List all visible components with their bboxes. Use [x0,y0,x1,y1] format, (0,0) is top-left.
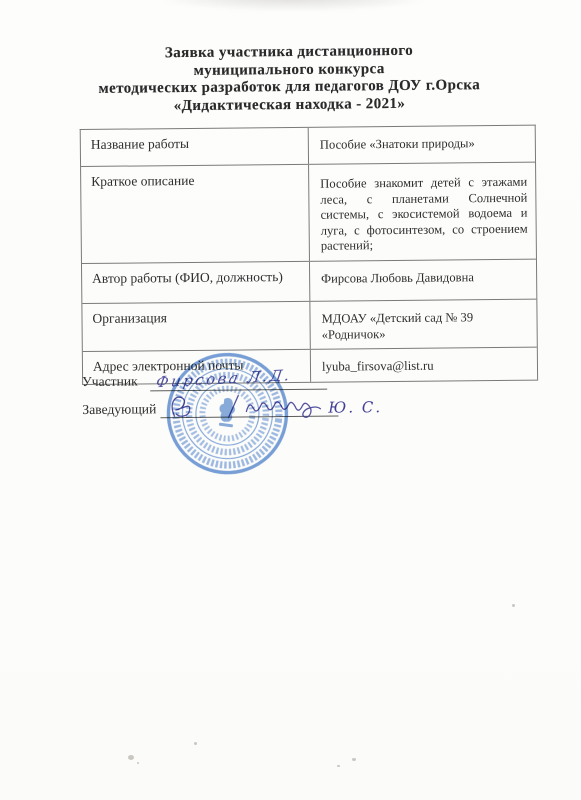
document-content: Заявка участника дистанционного муниципа… [0,0,581,800]
participant-label: Участник [82,373,138,390]
row-value-author: Фирсова Любовь Давидовна [310,260,536,301]
row-label-description: Краткое описание [81,165,310,263]
row-label-author: Автор работы (ФИО, должность) [82,262,310,303]
table-row: Автор работы (ФИО, должность) Фирсова Лю… [82,260,536,304]
round-stamp [155,343,300,485]
row-value-work-title: Пособие «Знатоки природы» [309,126,535,164]
row-value-organization: МДОАУ «Детский сад № 39 «Родничок» [310,300,536,349]
row-value-description: Пособие знакомит детей с этажами леса, с… [309,163,536,261]
row-label-work-title: Название работы [81,128,309,166]
document-title: Заявка участника дистанционного муниципа… [39,42,540,117]
head-label: Заведующий [82,401,156,418]
table-row: Название работы Пособие «Знатоки природы… [81,126,535,167]
table-row: Краткое описание Пособие знакомит детей … [81,163,536,264]
row-label-organization: Организация [82,302,310,351]
scanned-document-page: Заявка участника дистанционного муниципа… [0,0,581,800]
application-table: Название работы Пособие «Знатоки природы… [80,125,538,385]
scan-speck [128,755,134,760]
scan-speck [194,742,197,745]
scan-speck [512,604,515,607]
head-signature-initials: Ю. С. [327,398,382,417]
table-row: Организация МДОАУ «Детский сад № 39 «Род… [82,300,536,353]
scan-speck [337,765,340,767]
scan-speck [352,758,356,761]
scan-speck [137,762,139,764]
